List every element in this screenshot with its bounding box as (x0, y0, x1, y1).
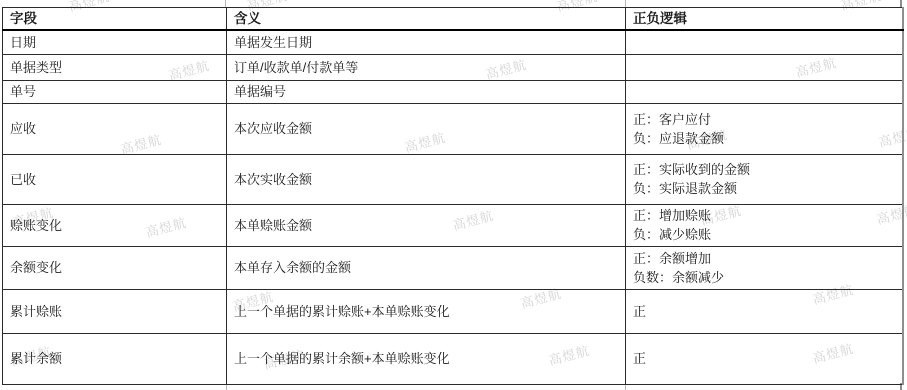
meaning-cell: 本次应收金额 (227, 103, 626, 154)
field-cell: 日期 (3, 30, 227, 54)
logic-line: 负：实际退款金额 (633, 179, 898, 198)
table-right-rule-stub (900, 0, 902, 7)
table-row: 日期单据发生日期 (3, 30, 903, 54)
meaning-cell: 单据编号 (227, 80, 626, 103)
field-cell: 单据类型 (3, 54, 227, 80)
field-cell: 已收 (3, 154, 227, 204)
logic-line: 负：减少赊账 (633, 225, 898, 244)
meaning-cell: 本次实收金额 (227, 154, 626, 204)
logic-cell (626, 54, 903, 80)
column-rule-stub (225, 0, 226, 7)
logic-line: 正：余额增加 (633, 249, 898, 268)
meaning-cell: 订单/收款单/付款单等 (227, 54, 626, 80)
column-header-field: 字段 (3, 8, 227, 31)
meaning-cell: 上一个单据的累计余额+本单赊账变化 (227, 333, 626, 384)
logic-cell: 正：客户应付负：应退款金额 (626, 103, 903, 154)
logic-cell: 正：增加赊账负：减少赊账 (626, 204, 903, 246)
logic-cell: 正 (626, 333, 903, 384)
meaning-cell: 本单赊账金额 (227, 204, 626, 246)
meaning-cell: 上一个单据的累计赊账+本单赊账变化 (227, 289, 626, 333)
table-row: 单据类型订单/收款单/付款单等 (3, 54, 903, 80)
table-row: 余额变化本单存入余额的金额正：余额增加负数：余额减少 (3, 246, 903, 289)
logic-line: 正：增加赊账 (633, 206, 898, 225)
field-cell: 累计赊账 (3, 289, 227, 333)
logic-line: 负：应退款金额 (633, 129, 898, 148)
logic-cell: 正：余额增加负数：余额减少 (626, 246, 903, 289)
table-row: 累计赊账上一个单据的累计赊账+本单赊账变化正 (3, 289, 903, 333)
document-page: 高煜航高煜航高煜航高煜航高煜航高煜航高煜航高煜航高煜航高煜航高煜航高煜航高煜航高… (0, 0, 907, 390)
column-header-logic: 正负逻辑 (626, 8, 903, 31)
field-cell: 应收 (3, 103, 227, 154)
meaning-cell: 单据发生日期 (227, 30, 626, 54)
table-row: 单号单据编号 (3, 80, 903, 103)
field-cell: 单号 (3, 80, 227, 103)
field-definition-table-wrapper: 字段 含义 正负逻辑 日期单据发生日期单据类型订单/收款单/付款单等单号单据编号… (2, 7, 904, 385)
table-row: 应收本次应收金额正：客户应付负：应退款金额 (3, 103, 903, 154)
field-cell: 赊账变化 (3, 204, 227, 246)
logic-line: 负数：余额减少 (633, 268, 898, 287)
field-cell: 余额变化 (3, 246, 227, 289)
logic-line: 正：客户应付 (633, 110, 898, 129)
logic-cell: 正：实际收到的金额负：实际退款金额 (626, 154, 903, 204)
meaning-cell: 本单存入余额的金额 (227, 246, 626, 289)
logic-cell: 正 (626, 289, 903, 333)
logic-line: 正：实际收到的金额 (633, 160, 898, 179)
logic-cell (626, 80, 903, 103)
column-rule-stub (625, 0, 626, 7)
field-definition-table: 字段 含义 正负逻辑 日期单据发生日期单据类型订单/收款单/付款单等单号单据编号… (2, 7, 904, 385)
logic-line: 正 (633, 302, 898, 321)
field-cell: 累计余额 (3, 333, 227, 384)
table-row: 累计余额上一个单据的累计余额+本单赊账变化正 (3, 333, 903, 384)
table-row: 已收本次实收金额正：实际收到的金额负：实际退款金额 (3, 154, 903, 204)
table-row: 赊账变化本单赊账金额正：增加赊账负：减少赊账 (3, 204, 903, 246)
column-header-meaning: 含义 (227, 8, 626, 31)
header-row: 字段 含义 正负逻辑 (3, 8, 903, 31)
logic-line: 正 (633, 349, 898, 368)
logic-cell (626, 30, 903, 54)
